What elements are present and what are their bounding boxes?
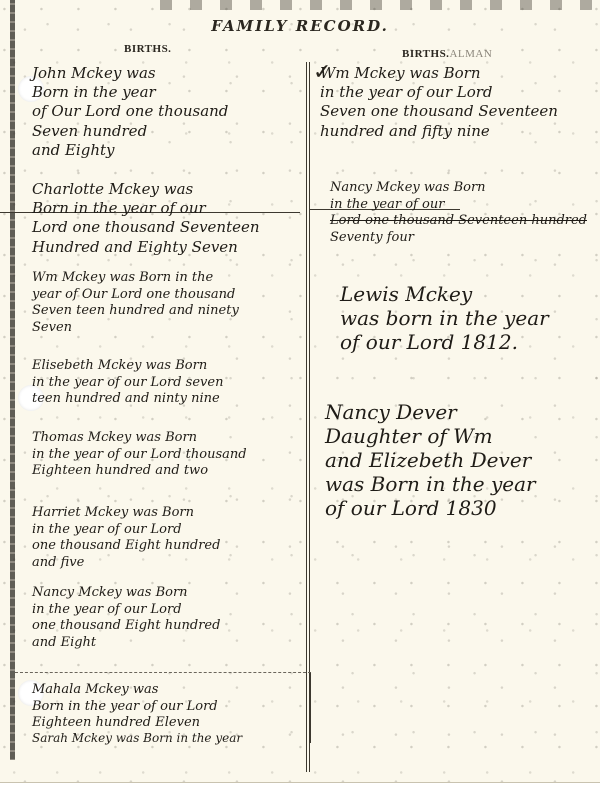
entry-line: Lewis Mckey xyxy=(340,282,600,306)
left-column-heading: BIRTHS. xyxy=(124,43,171,55)
entry-line: Nancy Dever xyxy=(325,400,595,424)
entry-line: Lord one thousand Seventeen hundred xyxy=(330,213,600,230)
entry-line: Born in the year of our xyxy=(32,199,300,218)
binding-edge xyxy=(10,0,15,760)
entry-line: Wm Mckey was Born xyxy=(320,64,590,83)
birth-entry-elisebeth-mckey: Elisebeth Mckey was Born in the year of … xyxy=(32,358,300,408)
entry-line: in the year of our Lord xyxy=(32,602,300,619)
birth-entry-nancy-mckey-1774: Nancy Mckey was Born in the year of our … xyxy=(330,180,600,247)
decorative-scroll-border xyxy=(150,0,600,10)
entry-line: was born in the year xyxy=(340,306,600,330)
entry-line: of our Lord 1830 xyxy=(325,496,595,520)
birth-entry-charlotte-mckey: Charlotte Mckey was Born in the year of … xyxy=(32,180,300,257)
entry-line: and Eighty xyxy=(32,141,300,160)
entry-line: of our Lord 1812. xyxy=(340,330,600,354)
entry-line: and Elizebeth Dever xyxy=(325,448,595,472)
column-divider xyxy=(306,62,310,772)
birth-entry-wm-mckey-1759: Wm Mckey was Born in the year of our Lor… xyxy=(320,64,590,141)
entry-line: Born in the year xyxy=(32,83,300,102)
entry-line: Elisebeth Mckey was Born xyxy=(32,358,300,375)
entry-line: in the year of our Lord xyxy=(32,522,300,539)
birth-entry-lewis-mckey: Lewis Mckey was born in the year of our … xyxy=(340,282,600,354)
entry-line: in the year of our xyxy=(330,197,600,214)
right-column-heading: BIRTHS.ALMAN xyxy=(402,48,492,60)
entry-line: teen hundred and ninty nine xyxy=(32,391,300,408)
entry-line: year of Our Lord one thousand xyxy=(32,287,300,304)
entry-line: in the year of our Lord seven xyxy=(32,375,300,392)
birth-entry-john-mckey: John Mckey was Born in the year of Our L… xyxy=(32,64,300,160)
entry-line: and Eight xyxy=(32,635,300,652)
birth-entry-nancy-dever: Nancy Dever Daughter of Wm and Elizebeth… xyxy=(325,400,595,520)
entry-line: and five xyxy=(32,555,300,572)
entry-line: Seven xyxy=(32,320,300,337)
birth-entry-thomas-mckey: Thomas Mckey was Born in the year of our… xyxy=(32,430,300,480)
entry-line: one thousand Eight hundred xyxy=(32,538,300,555)
birth-entry-harriet-mckey: Harriet Mckey was Born in the year of ou… xyxy=(32,505,300,572)
entry-line: Mahala Mckey was xyxy=(32,682,300,699)
entry-line: Seven teen hundred and ninety xyxy=(32,303,300,320)
birth-entry-sarah-mckey: Sarah Mckey was Born in the year xyxy=(32,731,300,746)
birth-entry-nancy-mckey-1808: Nancy Mckey was Born in the year of our … xyxy=(32,585,300,652)
entry-line: Charlotte Mckey was xyxy=(32,180,300,199)
entry-line: Daughter of Wm xyxy=(325,424,595,448)
entry-line: Wm Mckey was Born in the xyxy=(32,270,300,287)
entry-line: Eighteen hundred and two xyxy=(32,463,300,480)
entry-line: Nancy Mckey was Born xyxy=(32,585,300,602)
entry-line: of Our Lord one thousand xyxy=(32,102,300,121)
entry-line: Born in the year of our Lord xyxy=(32,699,300,716)
entry-line: Eighteen hundred Eleven xyxy=(32,715,300,732)
entry-line: Nancy Mckey was Born xyxy=(330,180,600,197)
entry-line: hundred and fifty nine xyxy=(320,122,590,141)
entry-line: Harriet Mckey was Born xyxy=(32,505,300,522)
right-column-heading-label: BIRTHS. xyxy=(402,48,449,60)
birth-entry-mahala-mckey: Mahala Mckey was Born in the year of our… xyxy=(32,682,300,732)
right-column-heading-suffix: ALMAN xyxy=(449,48,492,60)
family-record-page: FAMILY RECORD. BIRTHS. BIRTHS.ALMAN ✓ Jo… xyxy=(0,0,600,783)
entry-line: Hundred and Eighty Seven xyxy=(32,238,300,257)
entry-line: Seven hundred xyxy=(32,122,300,141)
entry-line: Lord one thousand Seventeen xyxy=(32,218,300,237)
entry-line: in the year of our Lord thousand xyxy=(32,447,300,464)
entry-line: Thomas Mckey was Born xyxy=(32,430,300,447)
birth-entry-wm-mckey-1797: Wm Mckey was Born in the year of Our Lor… xyxy=(32,270,300,337)
entry-line: was Born in the year xyxy=(325,472,595,496)
entry-line: in the year of our Lord xyxy=(320,83,590,102)
entry-line: John Mckey was xyxy=(32,64,300,83)
entry-line: Sarah Mckey was Born in the year xyxy=(32,731,300,746)
page-title: FAMILY RECORD. xyxy=(0,17,600,35)
entry-line: Seventy four xyxy=(330,230,600,247)
entry-line: Seven one thousand Seventeen xyxy=(320,102,590,121)
entry-line: one thousand Eight hundred xyxy=(32,618,300,635)
